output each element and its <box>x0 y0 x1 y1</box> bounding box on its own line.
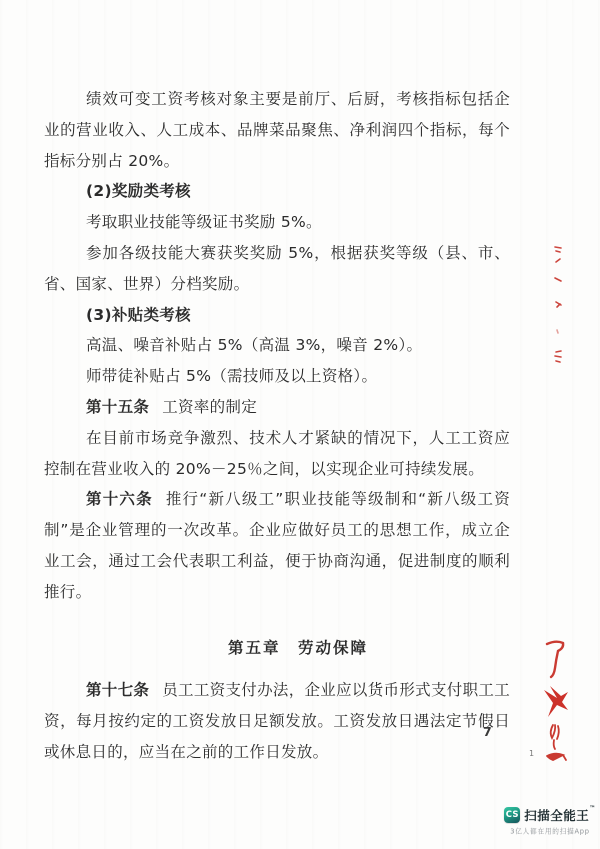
camscanner-watermark: CS 扫描全能王™ 3亿人都在用的扫描App <box>504 806 596 837</box>
paragraph-certificate-reward: 考取职业技能等级证书奖励 5%。 <box>44 207 510 238</box>
paragraph-wage-rate: 在目前市场竞争激烈、技术人才紧缺的情况下，人工工资应控制在营业收入的 20%－2… <box>44 423 510 485</box>
subheading-subsidy-assessment: (3)补贴类考核 <box>44 300 510 331</box>
red-ink-star-blot-icon <box>540 684 570 720</box>
red-ink-scribble-icon <box>541 722 569 770</box>
camscanner-app-name: 扫描全能王™ <box>524 806 596 824</box>
paragraph-heat-noise-subsidy: 高温、噪音补贴占 5%（高温 3%，噪音 2%）。 <box>44 330 510 361</box>
camscanner-logo-icon: CS <box>504 807 520 823</box>
camscanner-tagline: 3亿人都在用的扫描App <box>506 827 593 837</box>
article-15-number: 第十五条 <box>86 398 149 416</box>
paragraph-competition-reward: 参加各级技能大赛获奖奖励 5%，根据获奖等级（县、市、省、国家、世界）分档奖励。 <box>44 238 510 300</box>
article-17-paragraph: 第十七条员工工资支付办法，企业应以货币形式支付职工工资，每月按约定的工资发放日足… <box>44 675 510 767</box>
trademark-symbol: ™ <box>589 805 596 812</box>
paragraph-mentor-subsidy: 师带徒补贴占 5%（需技师及以上资格）。 <box>44 361 510 392</box>
page-number: 7 <box>483 724 492 739</box>
red-ink-check-stroke-icon <box>543 638 567 682</box>
paragraph-performance-wage: 绩效可变工资考核对象主要是前厅、后厨，考核指标包括企业的营业收入、人工成本、品牌… <box>44 84 510 176</box>
article-17-number: 第十七条 <box>86 681 149 699</box>
article-16-paragraph: 第十六条推行“新八级工”职业技能等级制和“新八级工资制”是企业管理的一次改革。企… <box>44 484 510 607</box>
scanned-document-page: 绩效可变工资考核对象主要是前厅、后厨，考核指标包括企业的营业收入、人工成本、品牌… <box>0 0 600 849</box>
camscanner-app-name-text: 扫描全能王 <box>524 808 589 823</box>
article-16-number: 第十六条 <box>86 490 153 508</box>
camscanner-logo-text: CS <box>506 810 519 820</box>
subheading-reward-assessment: (2)奖励类考核 <box>44 176 510 207</box>
scan-artifact-mark: 1 <box>529 749 534 758</box>
red-ink-margin-notes-icon <box>548 244 564 369</box>
article-15-title-line: 第十五条工资率的制定 <box>44 392 510 423</box>
article-15-title: 工资率的制定 <box>162 398 257 416</box>
document-text-block: 绩效可变工资考核对象主要是前厅、后厨，考核指标包括企业的营业收入、人工成本、品牌… <box>44 84 510 768</box>
chapter-5-heading: 第五章 劳动保障 <box>44 608 510 676</box>
